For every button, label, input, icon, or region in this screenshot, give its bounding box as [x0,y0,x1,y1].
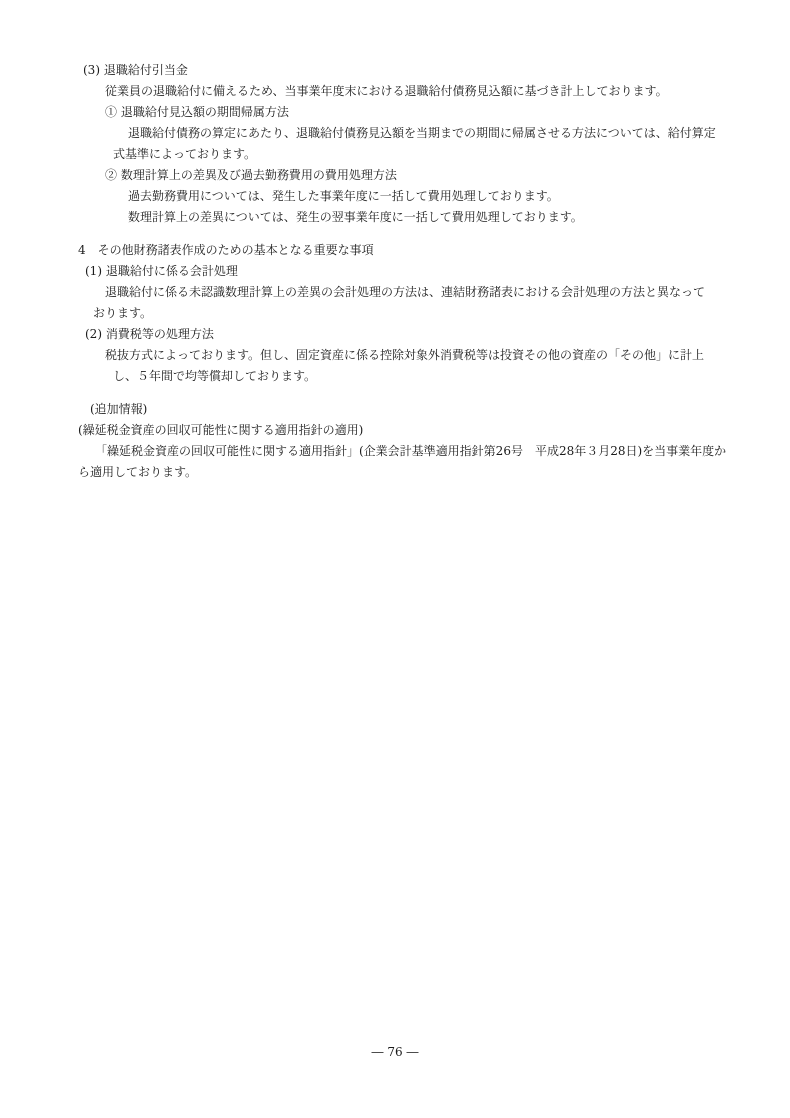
section-4-2-body-line-2: し、５年間で均等償却しております。 [113,366,790,387]
document-page: (3) 退職給付引当金 従業員の退職給付に備えるため、当事業年度末における退職給… [0,0,790,1118]
application-note-heading: (繰延税金資産の回収可能性に関する適用指針の適用) [78,420,790,441]
period-attribution-heading: ① 退職給付見込額の期間帰属方法 [105,102,790,123]
period-attribution-body-line-1: 退職給付債務の算定にあたり、退職給付債務見込額を当期までの期間に帰属させる方法に… [128,123,790,144]
application-note-body-line-1: 「繰延税金資産の回収可能性に関する適用指針」(企業会計基準適用指針第26号 平成… [95,441,790,462]
section-4-2-body-line-1: 税抜方式によっております。但し、固定資産に係る控除対象外消費税等は投資その他の資… [105,345,790,366]
document-body: (3) 退職給付引当金 従業員の退職給付に備えるため、当事業年度末における退職給… [0,60,790,483]
retirement-allowance-heading: (3) 退職給付引当金 [83,60,790,81]
actuarial-difference-heading: ② 数理計算上の差異及び過去勤務費用の費用処理方法 [105,165,790,186]
section-4-1-heading: (1) 退職給付に係る会計処理 [85,261,790,282]
page-footer: ― 76 ― [0,1042,790,1063]
section-4-1-body-line-2: おります。 [93,303,790,324]
actuarial-difference-body-line-1: 過去勤務費用については、発生した事業年度に一括して費用処理しております。 [128,186,790,207]
period-attribution-body-line-2: 式基準によっております。 [113,144,790,165]
actuarial-difference-body-line-2: 数理計算上の差異については、発生の翌事業年度に一括して費用処理しております。 [128,207,790,228]
application-note-body-line-2: ら適用しております。 [78,462,790,483]
page-number: ― 76 ― [372,1045,419,1059]
section-4-heading: 4 その他財務諸表作成のための基本となる重要な事項 [78,240,790,261]
additional-info-label: (追加情報) [90,399,790,420]
section-4-1-body-line-1: 退職給付に係る未認識数理計算上の差異の会計処理の方法は、連結財務諸表における会計… [105,282,790,303]
retirement-allowance-intro: 従業員の退職給付に備えるため、当事業年度末における退職給付債務見込額に基づき計上… [105,81,790,102]
section-4-2-heading: (2) 消費税等の処理方法 [85,324,790,345]
